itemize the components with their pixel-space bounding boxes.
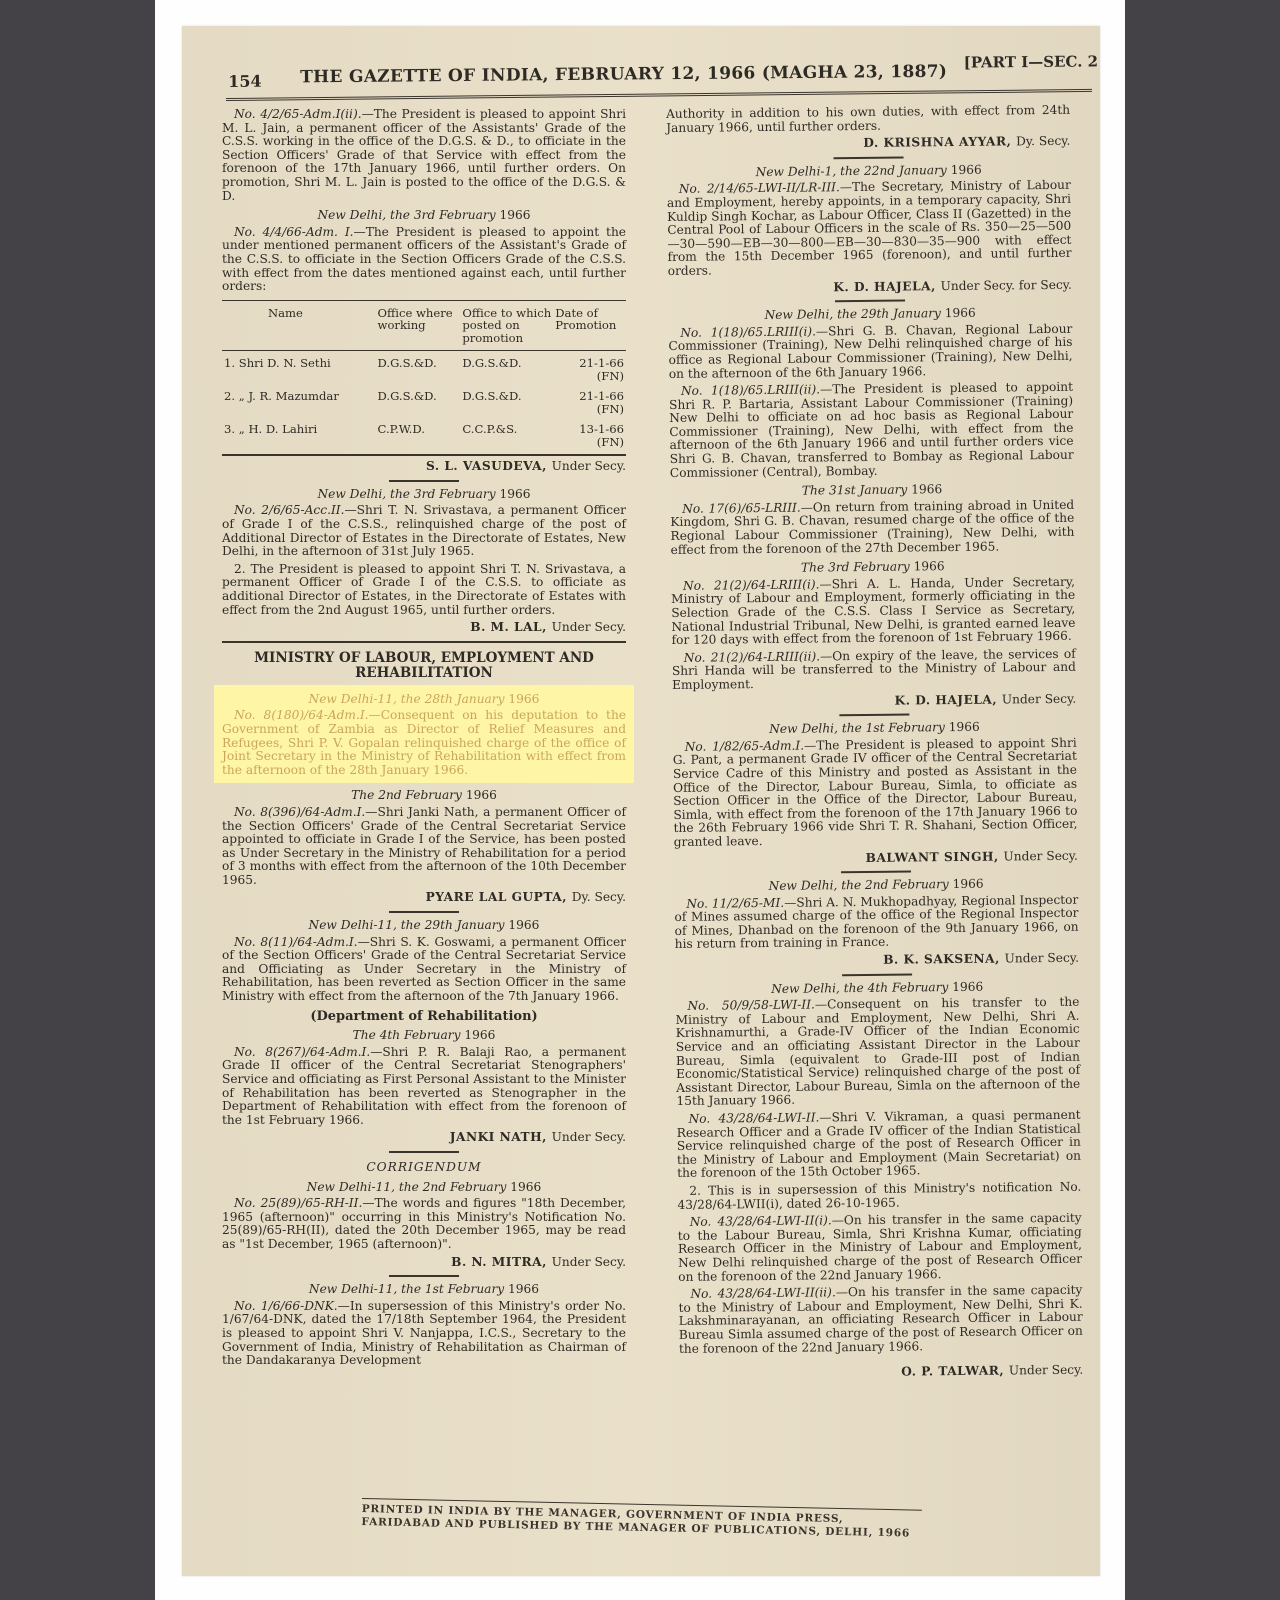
dateline: New Delhi-11, the 2nd February 1966 xyxy=(222,1181,626,1195)
notice: No. 43/28/64-LWI-II(ii).—On his transfer… xyxy=(678,1284,1083,1356)
dateline: New Delhi, the 29th January 1966 xyxy=(668,306,1072,324)
dateline: New Delhi, the 4th February 1966 xyxy=(675,979,1079,997)
table-row: 1. Shri D. N. Sethi D.G.S.&D. D.G.S.&D. … xyxy=(222,351,626,385)
notice: No. 25(89)/65-RH-II.—The words and figur… xyxy=(222,1197,626,1251)
notice: No. 2/14/65-LWI-II/LR-III.—The Secretary… xyxy=(667,179,1072,278)
notice: No. 43/28/64-LWI-II(i).—On his transfer … xyxy=(678,1212,1083,1284)
notice: 2. The President is pleased to appoint S… xyxy=(222,563,626,617)
col-header: Date of Promotion xyxy=(553,300,626,351)
notice: No. 50/9/58-LWI-II.—Consequent on his tr… xyxy=(675,996,1080,1109)
notice: No. 43/28/64-LWI-II.—Shri V. Vikraman, a… xyxy=(677,1109,1082,1181)
separator xyxy=(389,1275,459,1277)
separator xyxy=(389,1151,459,1153)
right-column: Authority in addition to his own duties,… xyxy=(666,104,1083,1388)
notice: No. 21(2)/64-LRIII(ii).—On expiry of the… xyxy=(672,648,1076,693)
separator xyxy=(835,300,905,303)
separator xyxy=(841,871,911,874)
page-title: THE GAZETTE OF INDIA, FEBRUARY 12, 1966 … xyxy=(300,62,947,88)
notice: No. 21(2)/64-LRIII(i).—Shri A. L. Handa,… xyxy=(671,576,1076,648)
dateline: The 4th February 1966 xyxy=(222,1029,626,1043)
dateline: The 2nd February 1966 xyxy=(222,789,626,803)
dateline: The 3rd February 1966 xyxy=(671,559,1075,577)
dateline: New Delhi-11, the 1st February 1966 xyxy=(222,1283,626,1297)
dateline: New Delhi-1, the 22nd January 1966 xyxy=(667,163,1071,181)
notice: No. 8(11)/64-Adm.I.—Shri S. K. Goswami, … xyxy=(222,936,626,1004)
part-label: [PART I—SEC. 2 xyxy=(964,52,1099,71)
gazette-page: 154 THE GAZETTE OF INDIA, FEBRUARY 12, 1… xyxy=(182,26,1100,1576)
dateline: New Delhi-11, the 28th January 1966 xyxy=(222,693,626,707)
notice: No. 8(396)/64-Adm.I.—Shri Janki Nath, a … xyxy=(222,806,626,888)
separator xyxy=(834,156,904,159)
notice: No. 4/4/66-Adm. I.—The President is plea… xyxy=(222,226,626,294)
printer-imprint: PRINTED IN INDIA BY THE MANAGER, GOVERNM… xyxy=(361,1498,922,1541)
notice: No. 8(267)/64-Adm.I.—Shri P. R. Balaji R… xyxy=(222,1046,626,1128)
dateline: New Delhi-11, the 29th January 1966 xyxy=(222,919,626,933)
signature: O. P. TALWAR, Under Secy. xyxy=(679,1364,1083,1382)
separator xyxy=(839,714,909,717)
dateline: New Delhi, the 3rd February 1966 xyxy=(222,209,626,223)
dateline: New Delhi, the 1st February 1966 xyxy=(672,720,1076,738)
notice: No. 1(18)/65.LRIII(i).—Shri G. B. Chavan… xyxy=(668,322,1073,381)
notice: 2. This is in supersession of this Minis… xyxy=(677,1181,1081,1212)
separator xyxy=(389,480,459,482)
signature: B. N. MITRA, Under Secy. xyxy=(222,1256,626,1270)
signature: B. M. LAL, Under Secy. xyxy=(222,621,626,635)
signature: K. D. HAJELA, Under Secy. xyxy=(672,692,1076,710)
notice: No. 1/6/66-DNK.—In supersession of this … xyxy=(222,1300,626,1368)
notice: No. 8(180)/64-Adm.I.—Consequent on his d… xyxy=(222,709,626,777)
section-rule xyxy=(222,641,626,643)
notice: No. 1(18)/65.LRIII(ii).—The President is… xyxy=(669,381,1074,480)
notice: No. 2/6/65-Acc.II.—Shri T. N. Srivastava… xyxy=(222,504,626,558)
table-row: 2. „ J. R. Mazumdar D.G.S.&D. D.G.S.&D. … xyxy=(222,384,626,417)
dateline: The 31st January 1966 xyxy=(670,482,1074,500)
signature: PYARE LAL GUPTA, Dy. Secy. xyxy=(222,891,626,905)
signature: B. K. SAKSENA, Under Secy. xyxy=(675,952,1079,970)
department-heading: (Department of Rehabilitation) xyxy=(222,1010,626,1024)
separator xyxy=(389,911,459,913)
notice: No. 1/82/65-Adm.I.—The President is plea… xyxy=(673,736,1078,849)
dateline: New Delhi, the 2nd February 1966 xyxy=(674,877,1078,895)
dateline: New Delhi, the 3rd February 1966 xyxy=(222,488,626,502)
col-header: Office where working xyxy=(376,300,461,351)
separator xyxy=(842,973,912,976)
left-column: No. 4/2/65-Adm.I(ii).—The President is p… xyxy=(222,108,626,1372)
promotion-table: Name Office where working Office to whic… xyxy=(222,300,626,457)
ministry-heading: MINISTRY OF LABOUR, EMPLOYMENT AND REHAB… xyxy=(222,651,626,681)
notice: No. 11/2/65-MI.—Shri A. N. Mukhopadhyay,… xyxy=(674,893,1079,952)
notice-continuation: Authority in addition to his own duties,… xyxy=(666,104,1070,135)
col-header: Name xyxy=(222,300,376,351)
col-header: Office to which posted on promotion xyxy=(460,300,553,351)
signature: K. D. HAJELA, Under Secy. for Secy. xyxy=(668,278,1072,296)
signature: D. KRISHNA AYYAR, Dy. Secy. xyxy=(666,135,1070,153)
corrigendum-heading: CORRIGENDUM xyxy=(222,1161,626,1175)
table-row: 3. „ H. D. Lahiri C.P.W.D. C.C.P.&S. 13-… xyxy=(222,417,626,455)
notice: No. 4/2/65-Adm.I(ii).—The President is p… xyxy=(222,108,626,203)
notice: No. 17(6)/65-LRIII.—On return from train… xyxy=(670,499,1075,558)
page-header: 154 THE GAZETTE OF INDIA, FEBRUARY 12, 1… xyxy=(228,50,1100,92)
signature: JANKI NATH, Under Secy. xyxy=(222,1131,626,1145)
signature: S. L. VASUDEVA, Under Secy. xyxy=(222,460,626,474)
highlighted-notice: New Delhi-11, the 28th January 1966 No. … xyxy=(214,685,634,784)
page-number: 154 xyxy=(228,72,262,91)
signature: BALWANT SINGH, Under Secy. xyxy=(674,849,1078,867)
